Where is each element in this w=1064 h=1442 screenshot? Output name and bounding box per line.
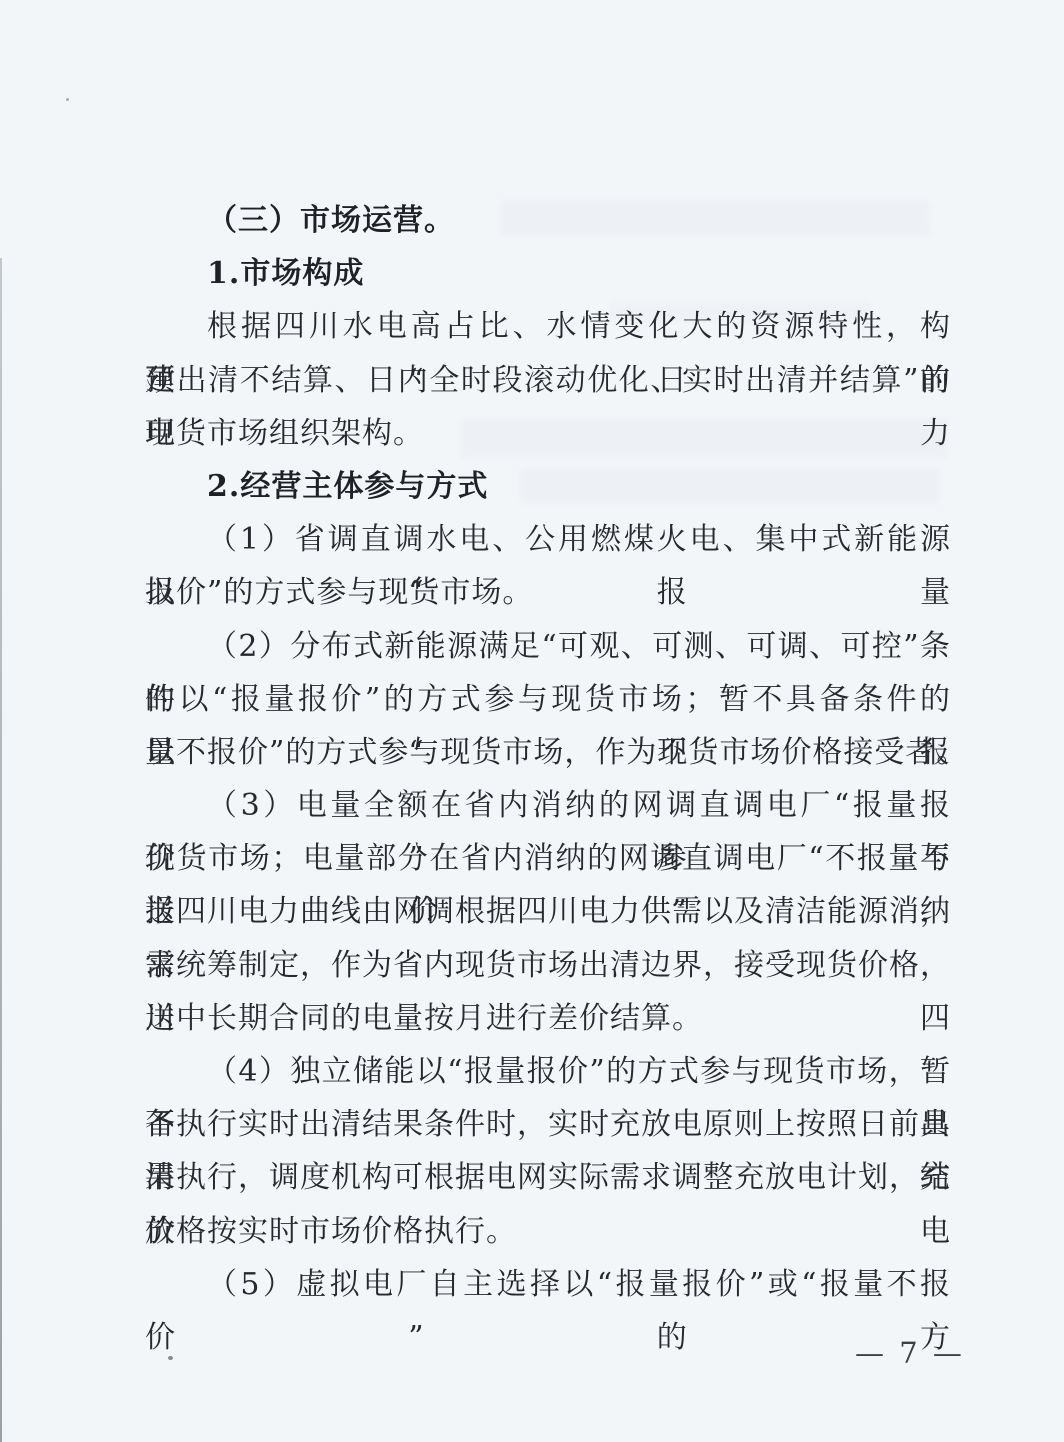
subsection-heading-2: 2.经营主体参与方式 xyxy=(145,460,951,513)
item-5-line: （5）虚拟电厂自主选择以“报量报价”或“报量不报价”的方 xyxy=(145,1258,951,1311)
item-3-line: 送四川电力曲线由网调根据四川电力供需以及清洁能源消纳需 xyxy=(145,885,951,938)
paragraph-line: 根据四川水电高占比、水情变化大的资源特性，构建“日前 xyxy=(145,300,951,353)
item-3-line: （3）电量全额在省内消纳的网调直调电厂“报量报价”参与 xyxy=(145,779,951,832)
item-3-line: 求统筹制定，作为省内现货市场出清边界，接受现货价格，送四 xyxy=(145,939,951,992)
subsection-heading-1: 1.市场构成 xyxy=(145,247,951,300)
scanned-document-page: { "document": { "lines": [ { "text": "（三… xyxy=(0,0,1064,1442)
scan-speck-top-left xyxy=(66,98,69,101)
scan-edge-line xyxy=(0,258,2,1442)
item-2-line: （2）分布式新能源满足“可观、可测、可调、可控”条件 xyxy=(145,620,951,673)
item-2-line: 的以“报量报价”的方式参与现货市场；暂不具备条件的以“不报 xyxy=(145,673,951,726)
item-4-line: 备执行实时出清结果条件时，实时充放电原则上按照日前出清结 xyxy=(145,1098,951,1151)
section-heading: （三）市场运营。 xyxy=(145,194,951,247)
item-4-line: （4）独立储能以“报量报价”的方式参与现货市场，暂不具 xyxy=(145,1045,951,1098)
item-4-line: 果执行，调度机构可根据电网实际需求调整充放电计划，充放电 xyxy=(145,1151,951,1204)
page-number: — 7 — xyxy=(840,1336,980,1370)
item-3-line: 现货市场；电量部分在省内消纳的网调直调电厂“不报量不报价”， xyxy=(145,832,951,885)
item-2-line: 量不报价”的方式参与现货市场，作为现货市场价格接受者。 xyxy=(145,726,951,779)
document-text-block: （三）市场运营。 1.市场构成 根据四川水电高占比、水情变化大的资源特性，构建“… xyxy=(145,194,951,1311)
item-1-line: （1）省调直调水电、公用燃煤火电、集中式新能源以“报量 xyxy=(145,513,951,566)
paragraph-line: 预出清不结算、日内全时段滚动优化、实时出清并结算”的电力 xyxy=(145,354,951,407)
